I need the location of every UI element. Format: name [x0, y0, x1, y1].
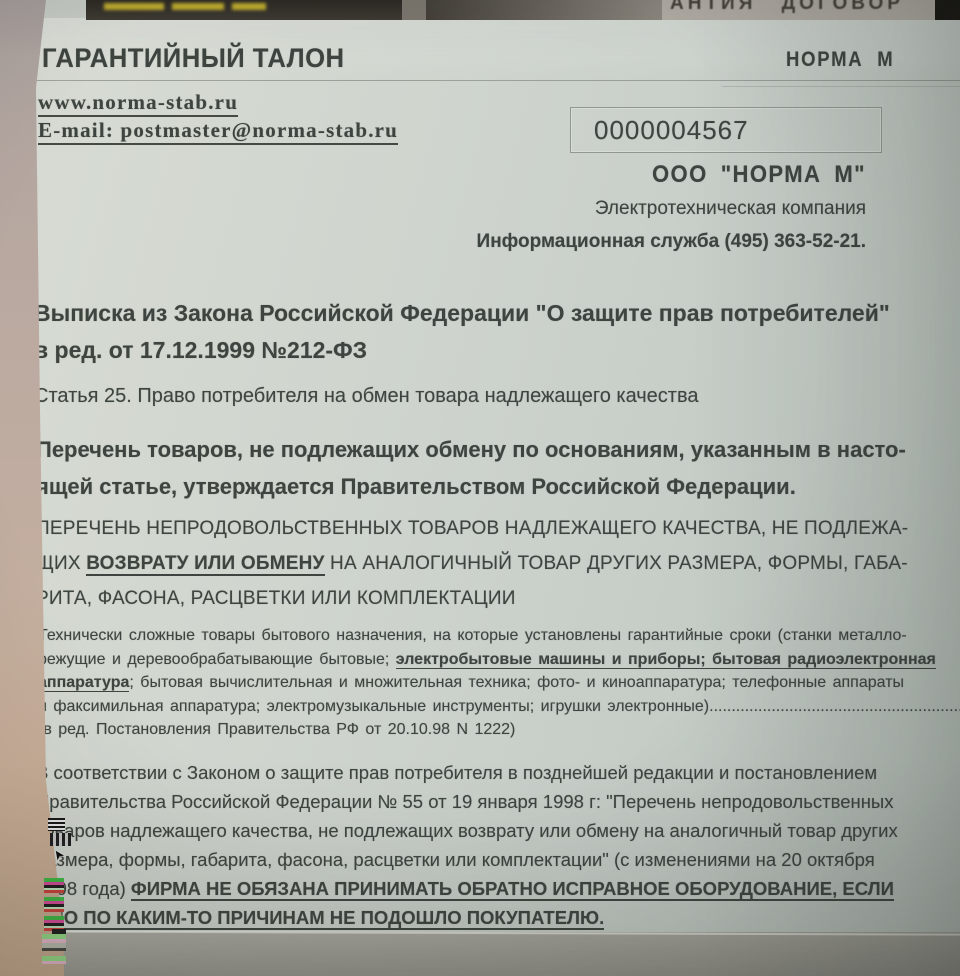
header-divider	[32, 80, 960, 81]
appliances-underlined: электробытовые машины и приборы; бытовая…	[396, 651, 936, 669]
tech-line1: Технически сложные товары бытового назна…	[38, 624, 960, 648]
background-page-dark-segment	[426, 0, 662, 20]
background-page-black-segment	[935, 0, 960, 20]
exchange-line1: Перечень товаров, не подлежащих обмену п…	[36, 431, 906, 468]
blurred-text-fragment	[172, 3, 224, 10]
background-page-dark-segment	[86, 0, 402, 20]
blurred-text-fragment	[232, 3, 266, 10]
law-heading-line2: в ред. от 17.12.1999 №212-ФЗ	[34, 332, 890, 369]
final-line6: ОНО ПО КАКИМ-ТО ПРИЧИНАМ НЕ ПОДОШЛО ПОКУ…	[36, 903, 898, 932]
exchange-paragraph: Перечень товаров, не подлежащих обмену п…	[36, 431, 906, 505]
glitch-stripes-artifact	[48, 818, 65, 831]
tech-line4: и факсимильная аппаратура; электромузыка…	[38, 695, 960, 719]
serial-number: 0000004567	[594, 115, 749, 146]
warranty-card-paper: ГАРАНТИЙНЫЙ ТАЛОН НОРМА М www.norma-stab…	[32, 18, 960, 934]
law-extract-heading: Выписка из Закона Российской Федерации "…	[34, 295, 890, 369]
brand-underline-divider	[722, 86, 960, 87]
caps-line3: РИТА, ФАСОНА, РАСЦВЕТКИ ИЛИ КОМПЛЕКТАЦИИ	[36, 581, 908, 616]
caps-line2: ЩИХ ВОЗВРАТУ ИЛИ ОБМЕНУ НА АНАЛОГИЧНЫЙ Т…	[36, 546, 908, 581]
goods-list-paragraph: ПЕРЕЧЕНЬ НЕПРОДОВОЛЬСТВЕННЫХ ТОВАРОВ НАД…	[36, 511, 908, 616]
technical-goods-paragraph: Технически сложные товары бытового назна…	[38, 624, 960, 742]
blurred-text-fragment	[104, 3, 164, 10]
tech-line3: аппаратура; бытовая вычислительная и мно…	[38, 671, 960, 695]
glitch-color-artifact	[44, 878, 64, 932]
exchange-line2: ящей статье, утверждается Правительством…	[36, 468, 906, 505]
tech-line5-edition: (в ред. Постановления Правительства РФ о…	[38, 718, 960, 742]
final-paragraph: В соответствии с Законом о защите прав п…	[36, 758, 898, 932]
email-text: E-mail: postmaster@norma-stab.ru	[38, 118, 398, 145]
final-line1: В соответствии с Законом о защите прав п…	[36, 758, 898, 787]
table-surface-below-card	[0, 932, 960, 976]
caps-line1: ПЕРЕЧЕНЬ НЕПРОДОВОЛЬСТВЕННЫХ ТОВАРОВ НАД…	[36, 511, 908, 546]
company-info-service: Информационная служба (495) 363-52-21.	[332, 231, 866, 253]
company-descriptor: Электротехническая компания	[332, 198, 866, 220]
background-page-text: АНТИЯ ДОГОВОР	[670, 0, 904, 15]
final-line2: Правительства Российской Федерации № 55 …	[36, 787, 898, 816]
final-line5: 1998 года) ФИРМА НЕ ОБЯЗАНА ПРИНИМАТЬ ОБ…	[36, 874, 898, 903]
final-line3: товаров надлежащего качества, не подлежа…	[36, 816, 898, 845]
background-page-strip: АНТИЯ ДОГОВОР	[0, 0, 960, 20]
document-title: ГАРАНТИЙНЫЙ ТАЛОН	[42, 43, 345, 74]
website-text: www.norma-stab.ru	[38, 90, 238, 117]
firm-not-obliged-underlined: ФИРМА НЕ ОБЯЗАНА ПРИНИМАТЬ ОБРАТНО ИСПРА…	[131, 878, 894, 901]
background-page-light-segment: АНТИЯ ДОГОВОР	[662, 0, 935, 20]
company-name: ООО "НОРМА М"	[375, 161, 866, 189]
law-heading-line1: Выписка из Закона Российской Федерации "…	[34, 295, 890, 332]
glitch-black-bar-artifact	[52, 929, 66, 934]
apparatus-underlined: аппаратура	[38, 674, 129, 692]
did-not-suit-underlined: ОНО ПО КАКИМ-ТО ПРИЧИНАМ НЕ ПОДОШЛО ПОКУ…	[36, 907, 604, 930]
background-page-gap	[402, 0, 426, 20]
brand-logo-text: НОРМА М	[786, 48, 894, 72]
glitch-color-artifact	[42, 934, 66, 964]
tech-line2: режущие и деревообрабатывающие бытовые; …	[38, 648, 960, 672]
warranty-card-photo: АНТИЯ ДОГОВОР ГАРАНТИЙНЫЙ ТАЛОН НОРМА М …	[0, 0, 960, 976]
company-block: ООО "НОРМА М" Электротехническая компани…	[332, 161, 866, 253]
final-line4: размера, формы, габарита, фасона, расцве…	[36, 845, 898, 874]
no-return-underlined: ВОЗВРАТУ ИЛИ ОБМЕНУ	[86, 553, 324, 576]
law-article-line: Статья 25. Право потребителя на обмен то…	[34, 383, 698, 409]
